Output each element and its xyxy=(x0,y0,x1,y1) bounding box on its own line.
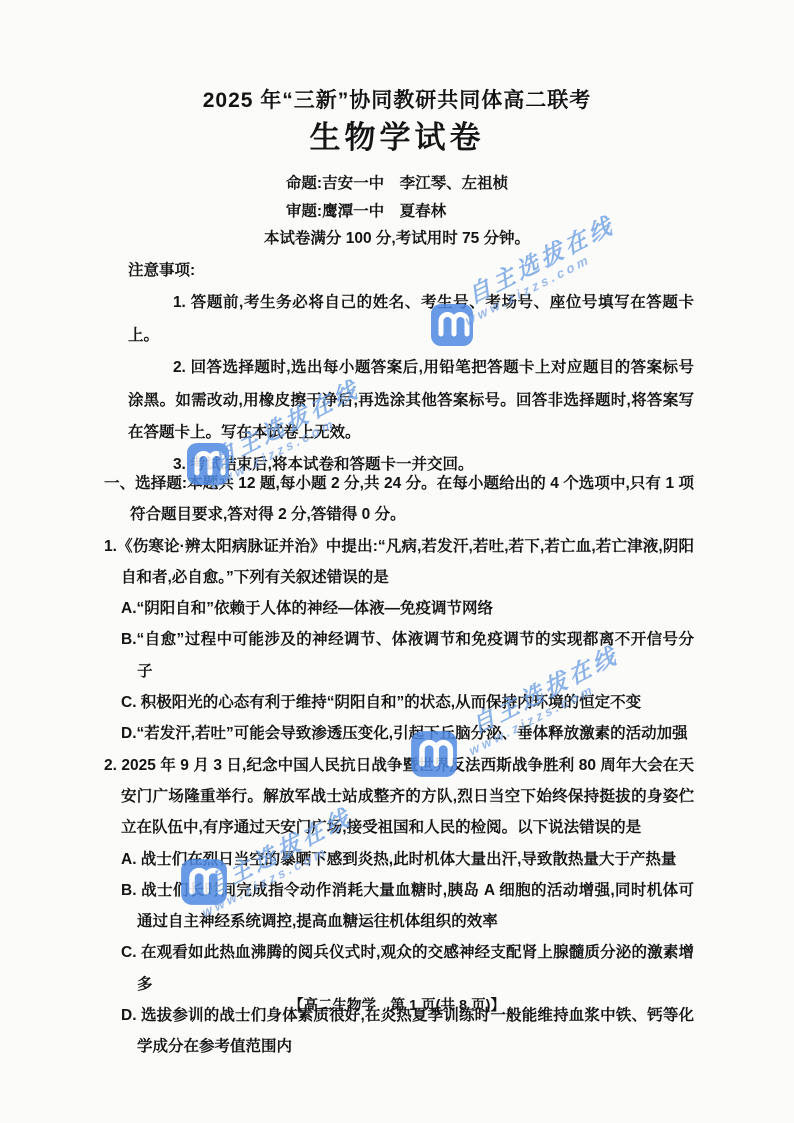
section-heading: 一、选择题:本题共 12 题,每小题 2 分,共 24 分。在每小题给出的 4 … xyxy=(104,468,694,531)
subject-title: 生物学试卷 xyxy=(0,112,794,157)
option-a: A.“阴阳自和”依赖于人体的神经—体液—免疫调节网络 xyxy=(121,593,694,624)
option-a: A. 战士们在烈日当空的暴晒下感到炎热,此时机体大量出汗,导致散热量大于产热量 xyxy=(121,844,694,875)
option-b: B. 战士们长时间完成指令动作消耗大量血糖时,胰岛 A 细胞的活动增强,同时机体… xyxy=(121,875,694,938)
page-footer: 【高二生物学 第 1 页(共 8 页)】 xyxy=(0,994,794,1015)
exam-paper-page: 2025 年“三新”协同教研共同体高二联考 生物学试卷 命题:吉安一中 李江琴、… xyxy=(0,0,794,1123)
notice-heading: 注意事项: xyxy=(128,255,694,287)
option-b: B.“自愈”过程中可能涉及的神经调节、体液调节和免疫调节的实现都离不开信号分子 xyxy=(121,624,694,687)
main-content: 一、选择题:本题共 12 题,每小题 2 分,共 24 分。在每小题给出的 4 … xyxy=(104,468,694,1063)
question-1: 1.《伤寒论·辨太阳病脉证并治》中提出:“凡病,若发汗,若吐,若下,若亡血,若亡… xyxy=(104,531,694,750)
option-c: C. 在观看如此热血沸腾的阅兵仪式时,观众的交感神经支配肾上腺髓质分泌的激素增多 xyxy=(121,937,694,1000)
question-options: A.“阴阳自和”依赖于人体的神经—体液—免疫调节网络 B.“自愈”过程中可能涉及… xyxy=(121,593,694,749)
option-c: C. 积极阳光的心态有利于维持“阴阳自和”的状态,从而保持内环境的恒定不变 xyxy=(121,687,694,718)
exam-title: 2025 年“三新”协同教研共同体高二联考 xyxy=(0,84,794,114)
setter-line: 命题:吉安一中 李江琴、左祖桢 xyxy=(286,175,508,192)
reviewer-line: 审题:鹰潭一中 夏春林 xyxy=(286,203,446,220)
question-stem: 1.《伤寒论·辨太阳病脉证并治》中提出:“凡病,若发汗,若吐,若下,若亡血,若亡… xyxy=(104,531,694,594)
notice-block: 注意事项: 1. 答题前,考生务必将自己的姓名、考生号、考场号、座位号填写在答题… xyxy=(128,255,694,482)
exam-info: 本试卷满分 100 分,考试用时 75 分钟。 xyxy=(0,226,794,248)
credits-block: 命题:吉安一中 李江琴、左祖桢 审题:鹰潭一中 夏春林 xyxy=(0,170,794,225)
question-2: 2. 2025 年 9 月 3 日,纪念中国人民抗日战争暨世界反法西斯战争胜利 … xyxy=(104,750,694,1063)
question-stem: 2. 2025 年 9 月 3 日,纪念中国人民抗日战争暨世界反法西斯战争胜利 … xyxy=(104,750,694,844)
notice-item: 2. 回答选择题时,选出每小题答案后,用铅笔把答题卡上对应题目的答案标号涂黑。如… xyxy=(128,352,694,449)
question-options: A. 战士们在烈日当空的暴晒下感到炎热,此时机体大量出汗,导致散热量大于产热量 … xyxy=(121,844,694,1063)
option-d: D.“若发汗,若吐”可能会导致渗透压变化,引起下丘脑分泌、垂体释放激素的活动加强 xyxy=(121,718,694,749)
notice-item: 1. 答题前,考生务必将自己的姓名、考生号、考场号、座位号填写在答题卡上。 xyxy=(128,287,694,352)
